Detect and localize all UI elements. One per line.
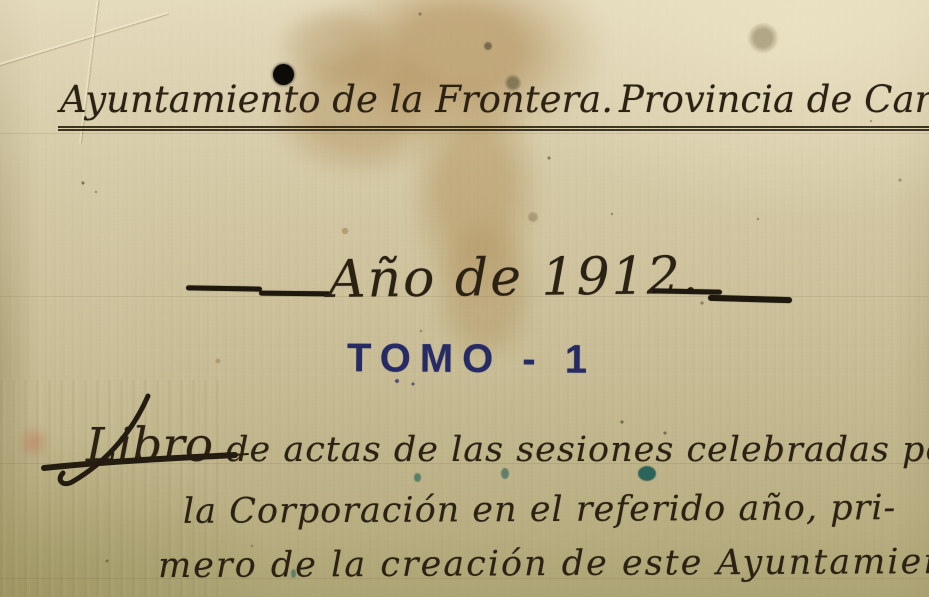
crease-line: [0, 12, 168, 67]
guide-line: [0, 133, 929, 134]
dash-stroke-left-2: [259, 291, 331, 297]
dash-stroke-right-2: [708, 295, 792, 303]
teal-ink-mark: [501, 468, 509, 479]
municipality-name: Ayuntamiento de la Frontera.: [58, 80, 617, 131]
lead-word: Libro: [86, 418, 213, 473]
manuscript-cover-page: Ayuntamiento de la Frontera. Provincia d…: [0, 0, 929, 597]
volume-label: TOMO - 1: [347, 336, 596, 383]
body-line-1: Libro de actas de las sesiones celebrada…: [86, 418, 929, 473]
body-line-3: mero de la creación de este Ayuntamiento: [158, 542, 929, 586]
dash-stroke-left-1: [186, 285, 262, 291]
province-name: Provincia de Canarias.: [617, 80, 929, 131]
teal-ink-mark: [638, 466, 656, 481]
body-line-2: la Corporación en el referido año, pri-: [183, 488, 897, 532]
red-ink-smudge: [12, 418, 56, 466]
teal-ink-mark: [291, 569, 296, 578]
body-line-1-rest: de actas de las sesiones celebradas por: [226, 430, 929, 470]
header-title: Ayuntamiento de la Frontera. Provincia d…: [58, 80, 908, 131]
year-text: Año de 1912.: [328, 246, 701, 310]
teal-ink-mark: [414, 473, 421, 482]
